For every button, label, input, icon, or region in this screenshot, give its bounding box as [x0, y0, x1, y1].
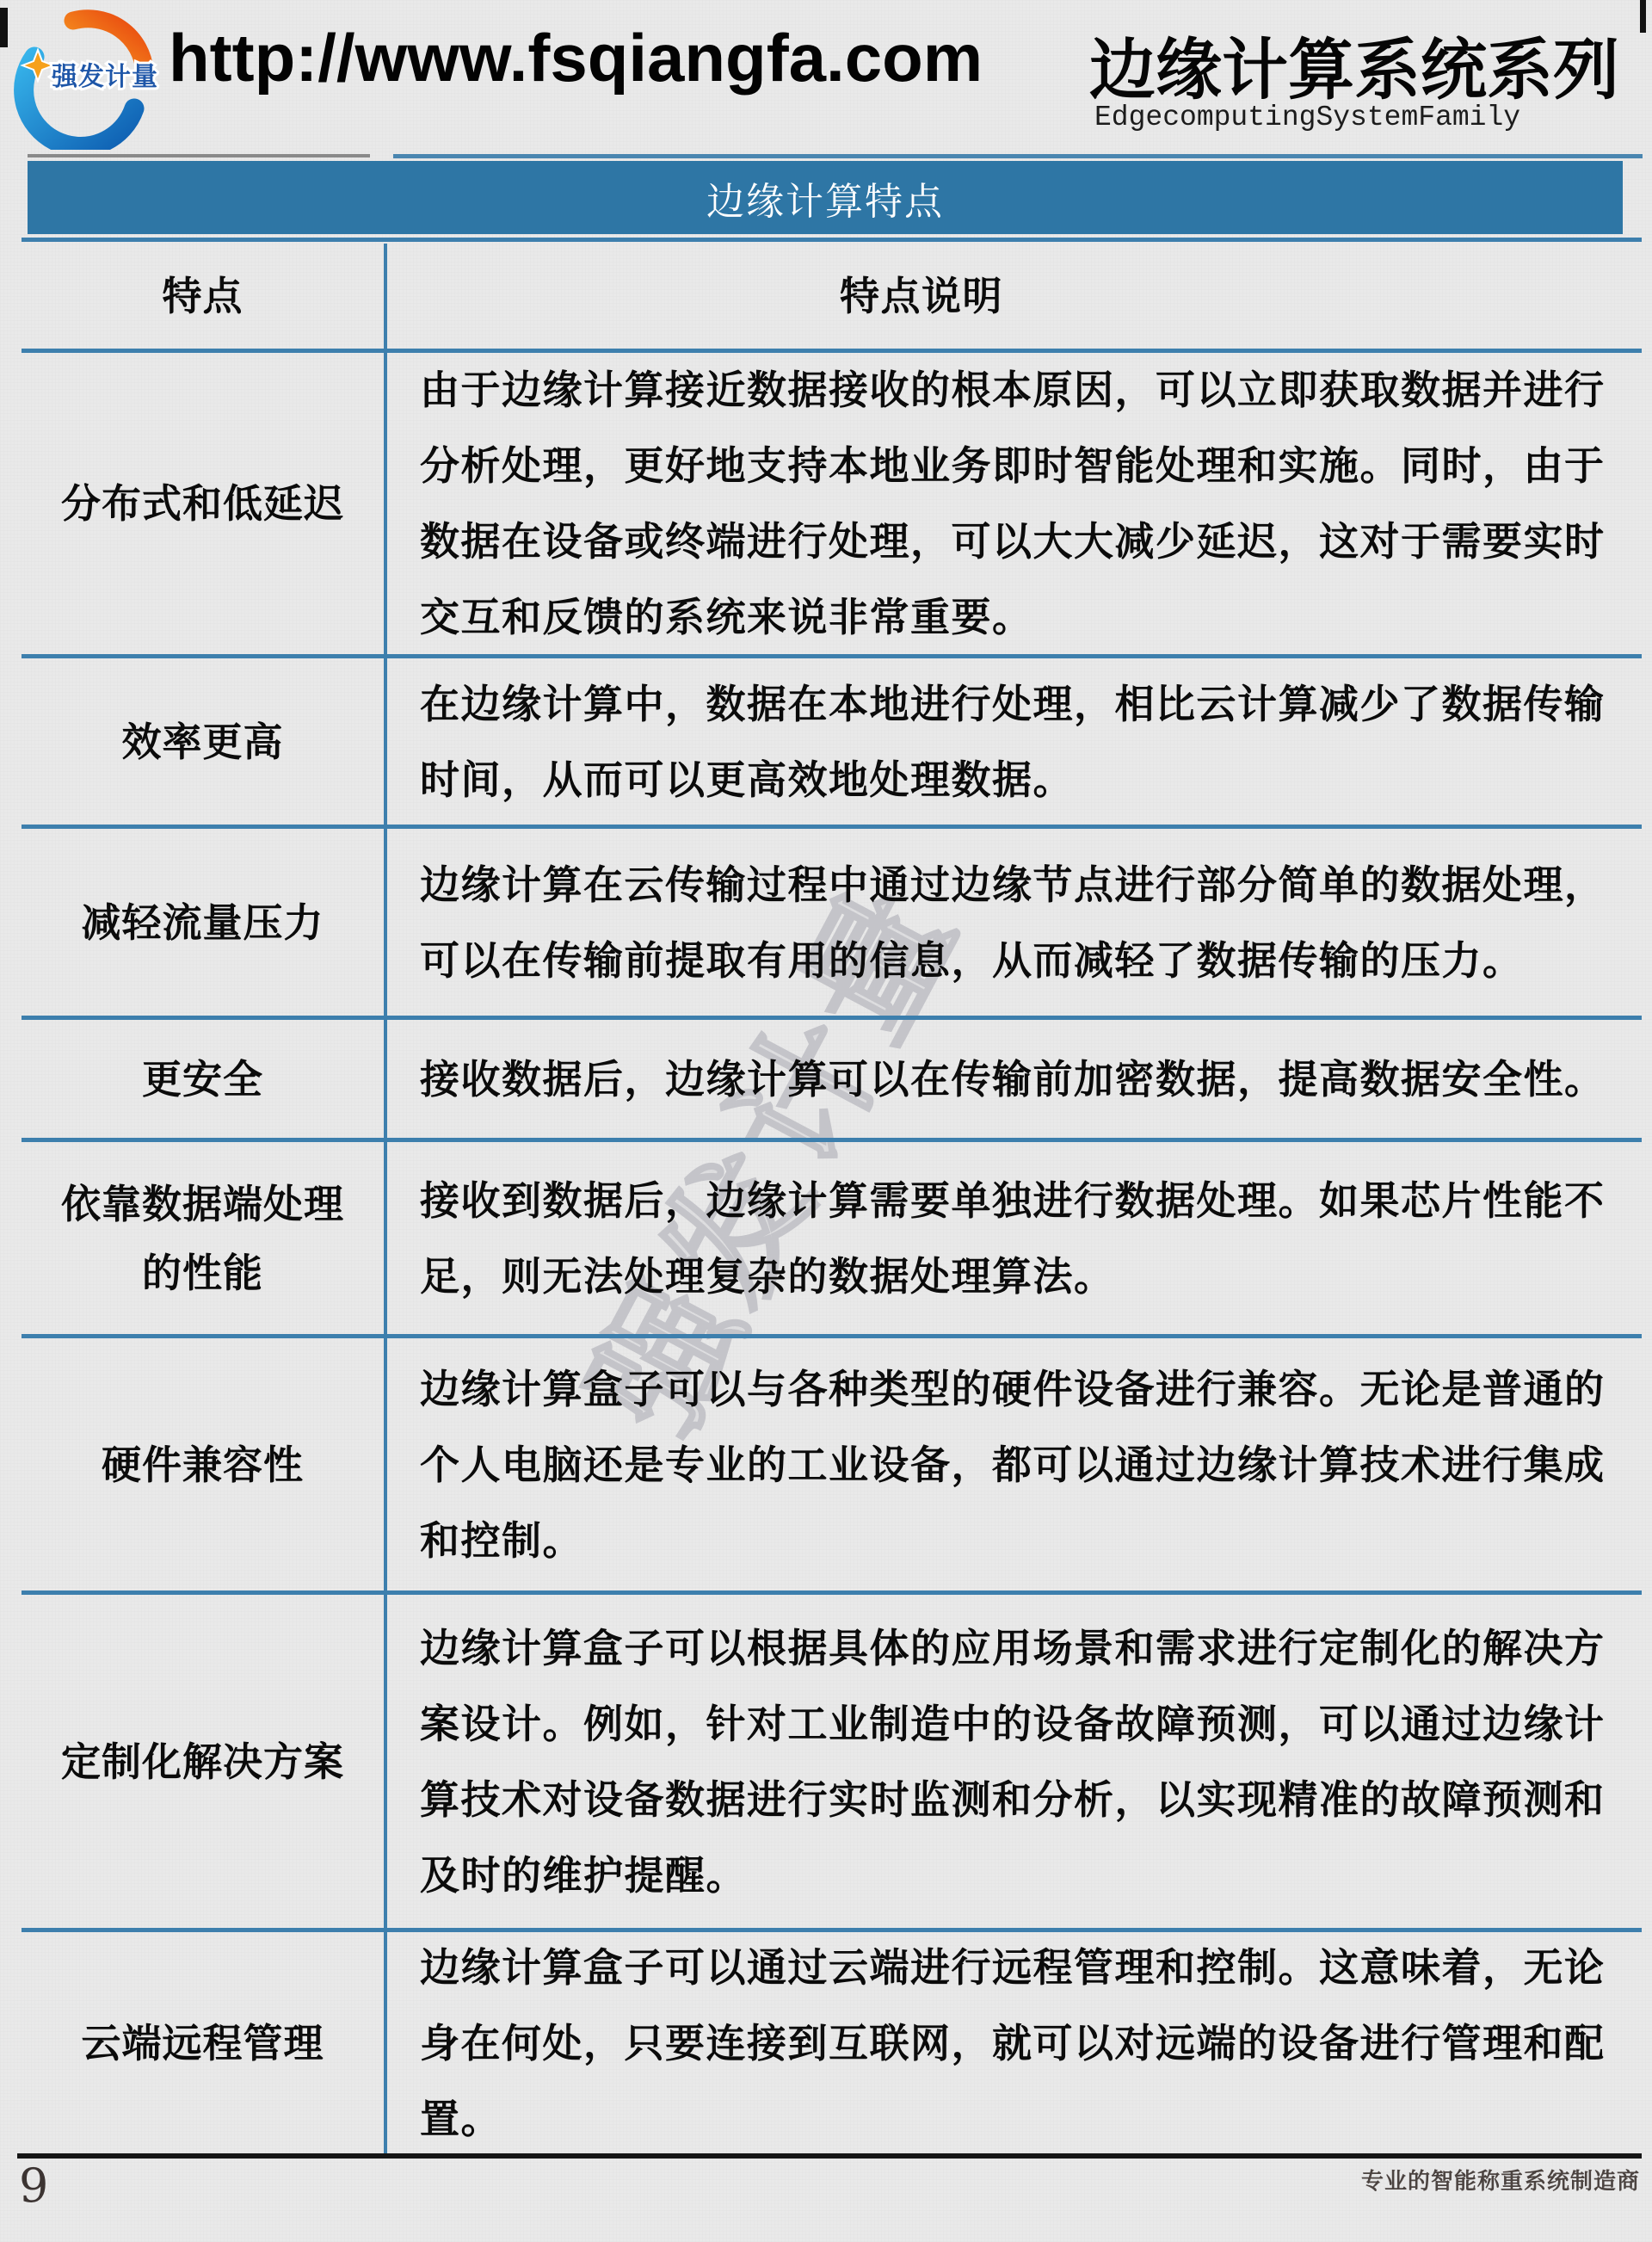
table-row: 云端远程管理 边缘计算盒子可以通过云端进行远程管理和控制。这意味着，无论身在何处… [22, 1928, 1642, 2153]
feature-name: 定制化解决方案 [22, 1595, 387, 1928]
feature-description: 边缘计算盒子可以根据具体的应用场景和需求进行定制化的解决方案设计。例如，针对工业… [387, 1595, 1642, 1928]
section-banner: 边缘计算特点 [28, 161, 1623, 234]
document-page: 强发计量 http://www.fsqiangfa.com 边缘计算系统系列 E… [0, 0, 1652, 2242]
feature-name: 分布式和低延迟 [22, 353, 387, 654]
logo-text: 强发计量 [51, 62, 158, 91]
feature-description: 边缘计算盒子可以与各种类型的硬件设备进行兼容。无论是普通的个人电脑还是专业的工业… [387, 1338, 1642, 1590]
scan-artifact-top-left [0, 8, 8, 47]
column-header-feature: 特点 [22, 244, 387, 349]
table-row: 分布式和低延迟 由于边缘计算接近数据接收的根本原因，可以立即获取数据并进行分析处… [22, 349, 1642, 654]
series-title-cn: 边缘计算系统系列 [1089, 17, 1619, 113]
feature-description: 边缘计算在云传输过程中通过边缘节点进行部分简单的数据处理，可以在传输前提取有用的… [387, 829, 1642, 1016]
feature-description: 在边缘计算中，数据在本地进行处理，相比云计算减少了数据传输时间，从而可以更高效地… [387, 658, 1642, 825]
series-title-en: EdgecomputingSystemFamily [1094, 102, 1520, 133]
website-url: http://www.fsqiangfa.com [169, 19, 983, 97]
page-number: 9 [19, 2159, 48, 2213]
feature-description: 边缘计算盒子可以通过云端进行远程管理和控制。这意味着，无论身在何处，只要连接到互… [387, 1932, 1642, 2153]
table-header-row: 特点 特点说明 [22, 244, 1642, 349]
table-row: 效率更高 在边缘计算中，数据在本地进行处理，相比云计算减少了数据传输时间，从而可… [22, 654, 1642, 825]
feature-description: 由于边缘计算接近数据接收的根本原因，可以立即获取数据并进行分析处理，更好地支持本… [387, 353, 1642, 654]
scan-artifact-top-right [1640, 0, 1646, 33]
feature-description: 接收到数据后，边缘计算需要单独进行数据处理。如果芯片性能不足，则无法处理复杂的数… [387, 1142, 1642, 1334]
footer-tagline: 专业的智能称重系统制造商 [1361, 2164, 1640, 2196]
footer-rule [17, 2153, 1642, 2159]
section-title: 边缘计算特点 [706, 170, 944, 225]
feature-name: 效率更高 [22, 658, 387, 825]
header-rule-blue [393, 154, 1643, 158]
table-row: 依靠数据端处理 的性能 接收到数据后，边缘计算需要单独进行数据处理。如果芯片性能… [22, 1138, 1642, 1334]
feature-name: 硬件兼容性 [22, 1338, 387, 1590]
table-row: 更安全 接收数据后，边缘计算可以在传输前加密数据，提高数据安全性。 [22, 1016, 1642, 1138]
table-row: 定制化解决方案 边缘计算盒子可以根据具体的应用场景和需求进行定制化的解决方案设计… [22, 1590, 1642, 1928]
feature-name: 更安全 [22, 1020, 387, 1138]
feature-name: 云端远程管理 [22, 1932, 387, 2153]
features-table: 特点 特点说明 分布式和低延迟 由于边缘计算接近数据接收的根本原因，可以立即获取… [22, 244, 1642, 2153]
column-header-description: 特点说明 [387, 244, 1642, 349]
feature-name: 减轻流量压力 [22, 829, 387, 1016]
table-row: 减轻流量压力 边缘计算在云传输过程中通过边缘节点进行部分简单的数据处理，可以在传… [22, 825, 1642, 1016]
feature-description: 接收数据后，边缘计算可以在传输前加密数据，提高数据安全性。 [387, 1020, 1642, 1138]
company-logo-icon: 强发计量 [12, 2, 163, 150]
table-row: 硬件兼容性 边缘计算盒子可以与各种类型的硬件设备进行兼容。无论是普通的个人电脑还… [22, 1334, 1642, 1590]
feature-name: 依靠数据端处理 的性能 [22, 1142, 387, 1334]
banner-underline [22, 238, 1642, 242]
header-rule-gray [28, 154, 370, 157]
